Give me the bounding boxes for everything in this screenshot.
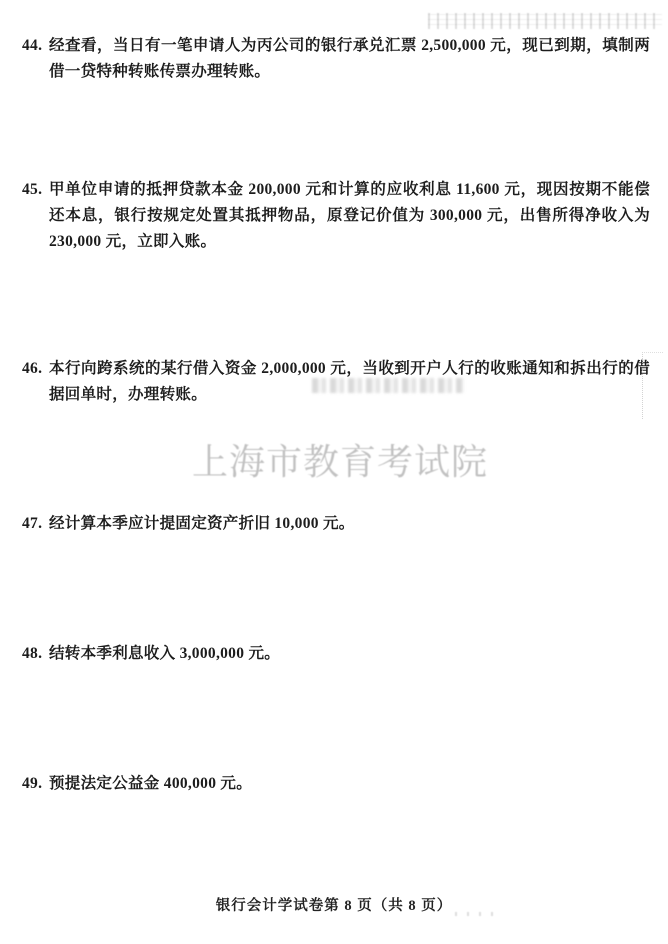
question-text: 预提法定公益金 400,000 元。	[49, 771, 650, 797]
question-text: 结转本季利息收入 3,000,000 元。	[49, 641, 650, 667]
scan-artifact-smudge	[312, 378, 464, 393]
exam-page: 44. 经查看，当日有一笔申请人为丙公司的银行承兑汇票 2,500,000 元，…	[0, 0, 668, 944]
question-number: 46.	[22, 356, 49, 382]
page-footer: 银行会计学试卷第 8 页（共 8 页）	[0, 894, 668, 915]
watermark: 上海市教育考试院	[192, 440, 492, 484]
question-number: 49.	[22, 771, 49, 797]
question-number: 44.	[22, 33, 49, 59]
question-text: 经计算本季应计提固定资产折旧 10,000 元。	[49, 511, 650, 537]
question-number: 47.	[22, 511, 49, 537]
question-number: 48.	[22, 641, 49, 667]
question-45: 45. 甲单位申请的抵押贷款本金 200,000 元和计算的应收利息 11,60…	[22, 177, 650, 255]
scan-artifact-footer-dots	[455, 912, 495, 916]
question-number: 45.	[22, 177, 49, 203]
scan-artifact-box	[642, 352, 663, 419]
question-text: 甲单位申请的抵押贷款本金 200,000 元和计算的应收利息 11,600 元，…	[49, 177, 650, 255]
question-47: 47. 经计算本季应计提固定资产折旧 10,000 元。	[22, 511, 650, 537]
question-48: 48. 结转本季利息收入 3,000,000 元。	[22, 641, 650, 667]
question-49: 49. 预提法定公益金 400,000 元。	[22, 771, 650, 797]
question-text: 经查看，当日有一笔申请人为丙公司的银行承兑汇票 2,500,000 元，现已到期…	[49, 33, 650, 85]
question-44: 44. 经查看，当日有一笔申请人为丙公司的银行承兑汇票 2,500,000 元，…	[22, 33, 650, 85]
scan-artifact-speckles	[428, 13, 662, 29]
